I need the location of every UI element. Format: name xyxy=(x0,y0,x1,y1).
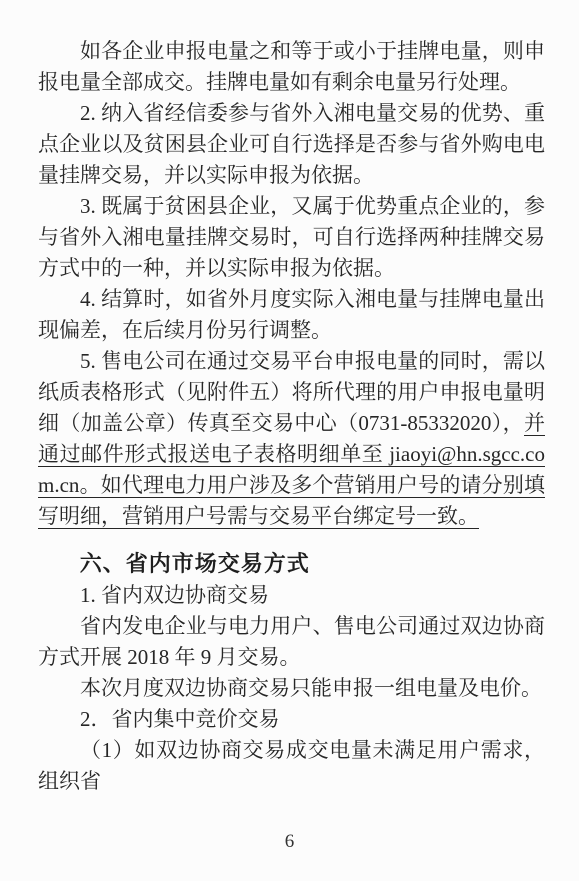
document-page: 如各企业申报电量之和等于或小于挂牌电量，则申报电量全部成交。挂牌电量如有剩余电量… xyxy=(0,0,579,881)
section-heading-six: 六、省内市场交易方式 xyxy=(38,548,545,580)
page-number: 6 xyxy=(0,830,579,854)
paragraph-bilateral-trading: 省内发电企业与电力用户、售电公司通过双边协商方式开展 2018 年 9 月交易。 xyxy=(38,611,545,673)
paragraph-item-2: 2. 纳入省经信委参与省外入湘电量交易的优势、重点企业以及贫困县企业可自行选择是… xyxy=(38,98,545,191)
paragraph-centralized-bidding: （1）如双边协商交易成交电量未满足用户需求，组织省 xyxy=(38,735,545,797)
paragraph-item-4: 4. 结算时，如省外月度实际入湘电量与挂牌电量出现偏差，在后续月份另行调整。 xyxy=(38,284,545,346)
paragraph-section-item-2: 2．省内集中竞价交易 xyxy=(38,704,545,735)
paragraph-item-5: 5. 售电公司在通过交易平台申报电量的同时，需以纸质表格形式（见附件五）将所代理… xyxy=(38,346,545,532)
paragraph-section-item-1: 1. 省内双边协商交易 xyxy=(38,580,545,611)
paragraph-monthly-declaration: 本次月度双边协商交易只能申报一组电量及电价。 xyxy=(38,673,545,704)
paragraph-item-3: 3. 既属于贫困县企业，又属于优势重点企业的，参与省外入湘电量挂牌交易时，可自行… xyxy=(38,191,545,284)
document-body: 如各企业申报电量之和等于或小于挂牌电量，则申报电量全部成交。挂牌电量如有剩余电量… xyxy=(38,36,545,797)
paragraph-listing-rule-tail: 如各企业申报电量之和等于或小于挂牌电量，则申报电量全部成交。挂牌电量如有剩余电量… xyxy=(38,36,545,98)
paragraph-item-5-plain-text: 5. 售电公司在通过交易平台申报电量的同时，需以纸质表格形式（见附件五）将所代理… xyxy=(38,349,545,435)
